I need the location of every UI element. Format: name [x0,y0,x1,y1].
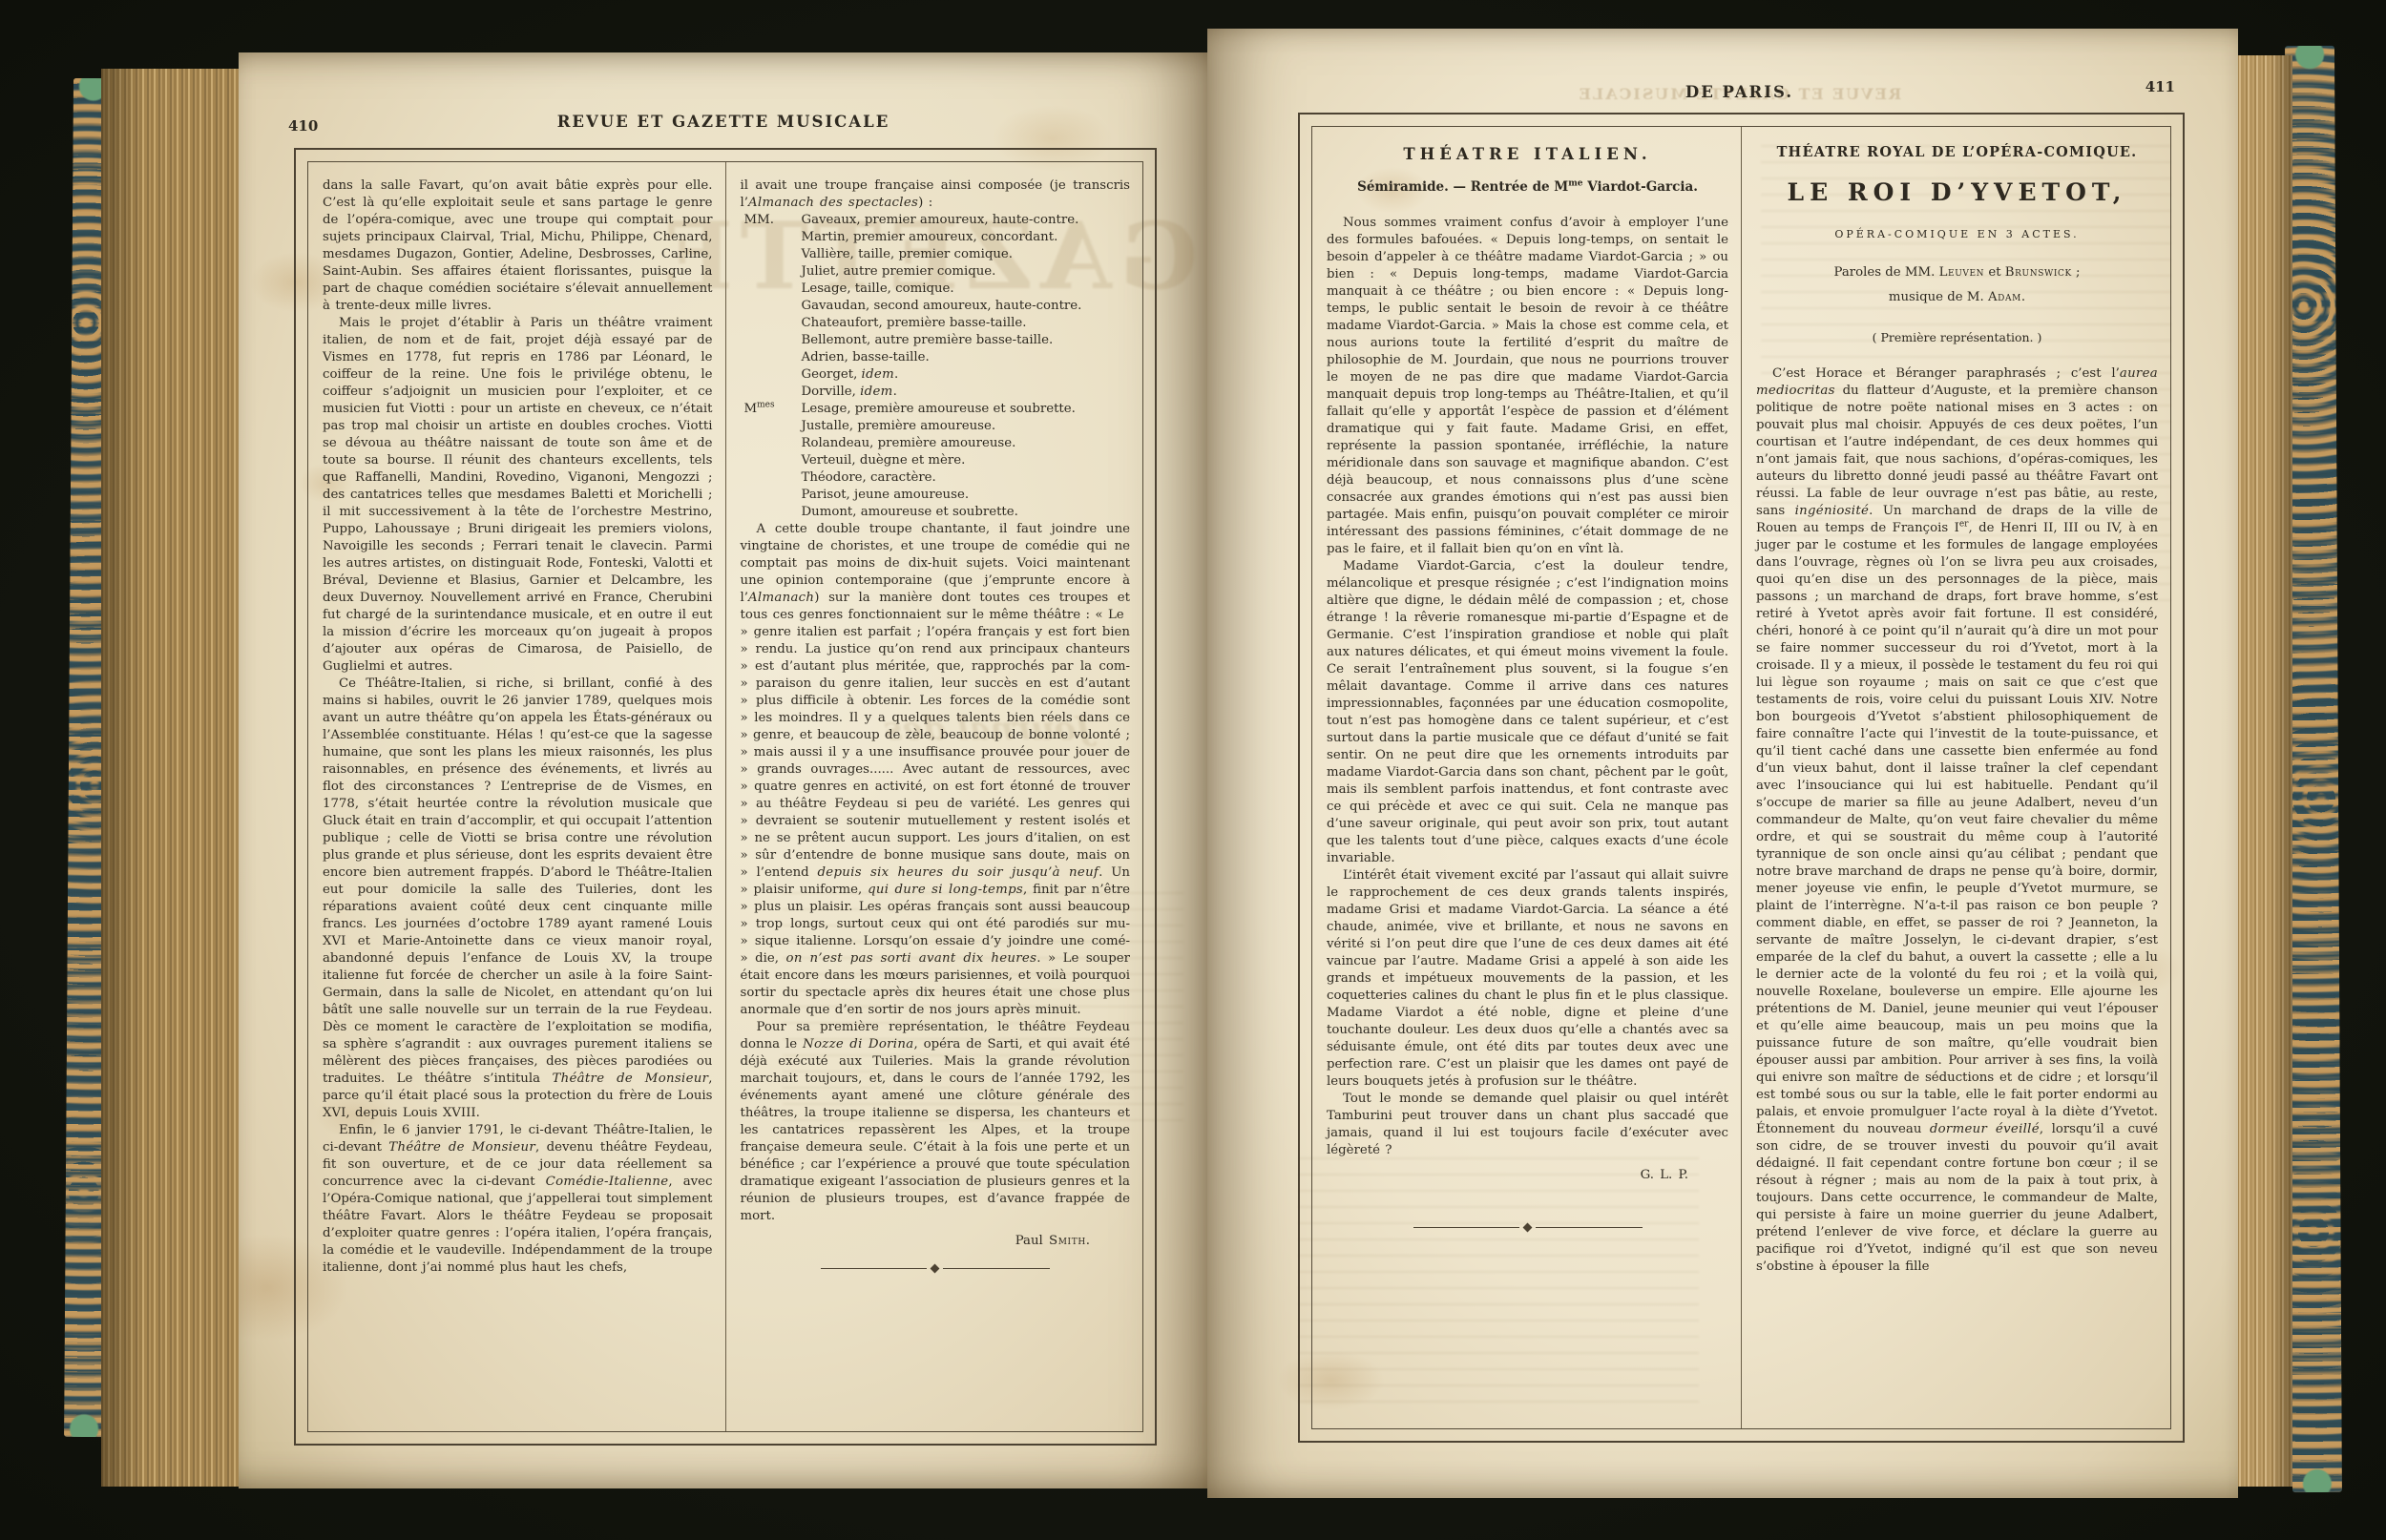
cast-group-label: MM. [744,212,774,229]
quote-line: » quatre genres en activité, on est fort… [741,779,1131,796]
column-2-roi-dyvetot-review: THÉATRE ROYAL DE L’OPÉRA-COMIQUE.LE ROI … [1741,127,2170,1428]
cast-entry: Gaveaux, premier amoureux, haute-contre. [802,213,1079,227]
cast-list-line: Théodore, caractère. [741,469,1131,487]
cast-list-line: Justalle, première amoureuse. [741,418,1131,435]
quote-line: » mais aussi il y a une insuffisance pro… [741,744,1131,761]
spacer [1327,1184,1728,1209]
left-page-edges [101,69,241,1487]
paragraph: L’intérêt était vivement excité par l’as… [1327,867,1728,1091]
quote-line: » genre italien est parfait ; l’opéra fr… [741,624,1131,641]
divider-diamond-icon [1523,1223,1533,1233]
article-title-theatre-italien: THÉATRE ITALIEN. [1327,146,1728,163]
running-title-right: DE PARIS. [1298,84,2181,101]
quote-line: » sûr d’entendre de bonne musique sans d… [741,847,1131,864]
cast-entry: Chateaufort, première basse-taille. [802,316,1027,330]
running-title-left: REVUE ET GAZETTE MUSICALE [294,114,1153,131]
quote-line: » plus difficile à obtenir. Les forces d… [741,693,1131,710]
cast-entry: Bellemont, autre première basse-taille. [802,333,1054,347]
right-cover-marbled-edge [2285,46,2342,1492]
page-number-411: 411 [2145,78,2175,95]
column-1-theatre-italien-review: THÉATRE ITALIEN.Sémiramide. — Rentrée de… [1312,127,1741,1428]
cast-list-line: MmesLesage, première amoureuse et soubre… [741,401,1131,418]
page-border-frame: dans la salle Favart, qu’on avait bâtie … [294,148,1157,1446]
divider-line [943,1268,1050,1269]
cast-list-line: MM.Gaveaux, premier amoureux, haute-cont… [741,212,1131,229]
work-premiere-note: ( Première représentation. ) [1756,329,2158,346]
cast-entry: Théodore, caractère. [802,470,936,485]
cast-entry: Georget, idem. [802,367,899,382]
cast-list-line: Bellemont, autre première basse-taille. [741,332,1131,349]
cast-list-line: Dumont, amoureuse et soubrette. [741,504,1131,521]
paragraph: Ce Théâtre-Italien, si riche, si brillan… [323,676,713,1122]
right-page-edges [2235,55,2292,1487]
cast-group-label: Mmes [744,401,775,418]
cast-entry: Adrien, basse-taille. [802,350,930,364]
paragraph: Madame Viardot-Garcia, c’est la douleur … [1327,558,1728,867]
book-scan-photo: GAZETTE Journal des 410 REVUE ET GAZETTE… [0,0,2386,1540]
divider-fleuron [1413,1224,1643,1231]
paragraph: Nous sommes vraiment confus d’avoir à em… [1327,215,1728,558]
cast-entry: Gavaudan, second amoureux, haute-contre. [802,299,1082,313]
article-subtitle-semiramide: Sémiramide. — Rentrée de Mme Viardot-Gar… [1327,178,1728,196]
cast-list-line: Parisot, jeune amoureuse. [741,487,1131,504]
divider-fleuron [821,1265,1050,1272]
column-1-theatre-italien-history: dans la salle Favart, qu’on avait bâtie … [308,162,725,1431]
page-border-inner-rule: THÉATRE ITALIEN.Sémiramide. — Rentrée de… [1311,126,2171,1429]
cast-entry: Juliet, autre premier comique. [802,264,996,279]
cast-list-line: Dorville, idem. [741,384,1131,401]
page-border-frame: THÉATRE ITALIEN.Sémiramide. — Rentrée de… [1298,113,2185,1443]
cast-entry: Lesage, taille, comique. [802,281,954,296]
quote-line: » trop longs, surtout ceux qui ont été p… [741,916,1131,933]
paragraph: il avait une troupe française ainsi comp… [741,177,1131,212]
page-410: GAZETTE Journal des 410 REVUE ET GAZETTE… [239,52,1207,1488]
quote-line: » ne se prêtent aucun support. Les jours… [741,830,1131,847]
work-librettists: Paroles de MM. Leuven et Brunswick ; [1756,264,2158,281]
paragraph: C’est Horace et Béranger paraphrasés ; c… [1756,365,2158,1276]
divider-line [1413,1227,1520,1228]
cast-entry: Parisot, jeune amoureuse. [802,488,970,502]
quote-line: » l’entend depuis six heures du soir jus… [741,864,1131,882]
quote-line: » grands ouvrages...... Avec autant de r… [741,761,1131,779]
cast-entry: Rolandeau, première amoureuse. [802,436,1016,450]
paragraph: Enfin, le 6 janvier 1791, le ci-devant T… [323,1122,713,1277]
paragraph: Mais le projet d’établir à Paris un théâ… [323,315,713,676]
cast-entry: Lesage, première amoureuse et soubrette. [802,402,1076,416]
divider-line [1536,1227,1643,1228]
cast-list-line: Juliet, autre premier comique. [741,263,1131,281]
article-title-opera-comique: THÉATRE ROYAL DE L’OPÉRA-COMIQUE. [1756,144,2158,161]
quote-line: » devraient se soutenir mutuellement y r… [741,813,1131,830]
quote-line: » les moindres. Il y a quelques talents … [741,710,1131,727]
cast-entry: Dorville, idem. [802,385,897,399]
work-composer: musique de M. Adam. [1756,289,2158,306]
quote-line: » rendu. La justice qu’on rend aux princ… [741,641,1131,658]
divider-diamond-icon [931,1264,940,1274]
paragraph: Pour sa première représentation, le théâ… [741,1019,1131,1225]
column-2-troupe-and-almanach: il avait une troupe française ainsi comp… [725,162,1143,1431]
cast-entry: Vallière, taille, premier comique. [802,247,1014,261]
work-title: LE ROI D’YVETOT, [1756,184,2158,201]
quote-line: » paraison du genre italien, leur succès… [741,676,1131,693]
cast-list-line: Rolandeau, première amoureuse. [741,435,1131,452]
cast-list-line: Vallière, taille, premier comique. [741,246,1131,263]
cast-entry: Verteuil, duègne et mère. [802,453,966,468]
cast-list-line: Lesage, taille, comique. [741,281,1131,298]
paragraph: A cette double troupe chantante, il faut… [741,521,1131,624]
cast-entry: Justalle, première amoureuse. [802,419,996,433]
paragraph: Tout le monde se demande quel plaisir ou… [1327,1091,1728,1159]
quote-line: » genre, et beaucoup de zèle, beaucoup d… [741,727,1131,744]
quote-line: » est d’autant plus méritée, que, rappro… [741,658,1131,676]
author-signature: Paul Smith. [741,1233,1131,1250]
cast-list-line: Adrien, basse-taille. [741,349,1131,366]
page-411: REVUE ET GAZETTE MUSICALE DE PARIS. 411 … [1207,29,2238,1498]
cast-list-line: Chateaufort, première basse-taille. [741,315,1131,332]
quote-line: » au théâtre Feydeau si peu de variété. … [741,796,1131,813]
author-signature: G. L. P. [1327,1167,1728,1184]
paragraph: dans la salle Favart, qu’on avait bâtie … [323,177,713,315]
quote-line: » plus un plaisir. Les opéras français s… [741,899,1131,916]
cast-list-line: Verteuil, duègne et mère. [741,452,1131,469]
quote-line: » sique italienne. Lorsqu’on essaie d’y … [741,933,1131,950]
quote-line: » plaisir uniforme, qui dure si long-tem… [741,882,1131,899]
cast-entry: Martin, premier amoureux, concordant. [802,230,1058,244]
paragraph: » die, on n’est pas sorti avant dix heur… [741,950,1131,1019]
cast-list-line: Gavaudan, second amoureux, haute-contre. [741,298,1131,315]
work-genre: OPÉRA-COMIQUE EN 3 ACTES. [1756,226,2158,243]
cast-list-line: Georget, idem. [741,366,1131,384]
cast-list-line: Martin, premier amoureux, concordant. [741,229,1131,246]
cast-entry: Dumont, amoureuse et soubrette. [802,505,1018,519]
divider-line [821,1268,928,1269]
page-border-inner-rule: dans la salle Favart, qu’on avait bâtie … [307,161,1143,1432]
